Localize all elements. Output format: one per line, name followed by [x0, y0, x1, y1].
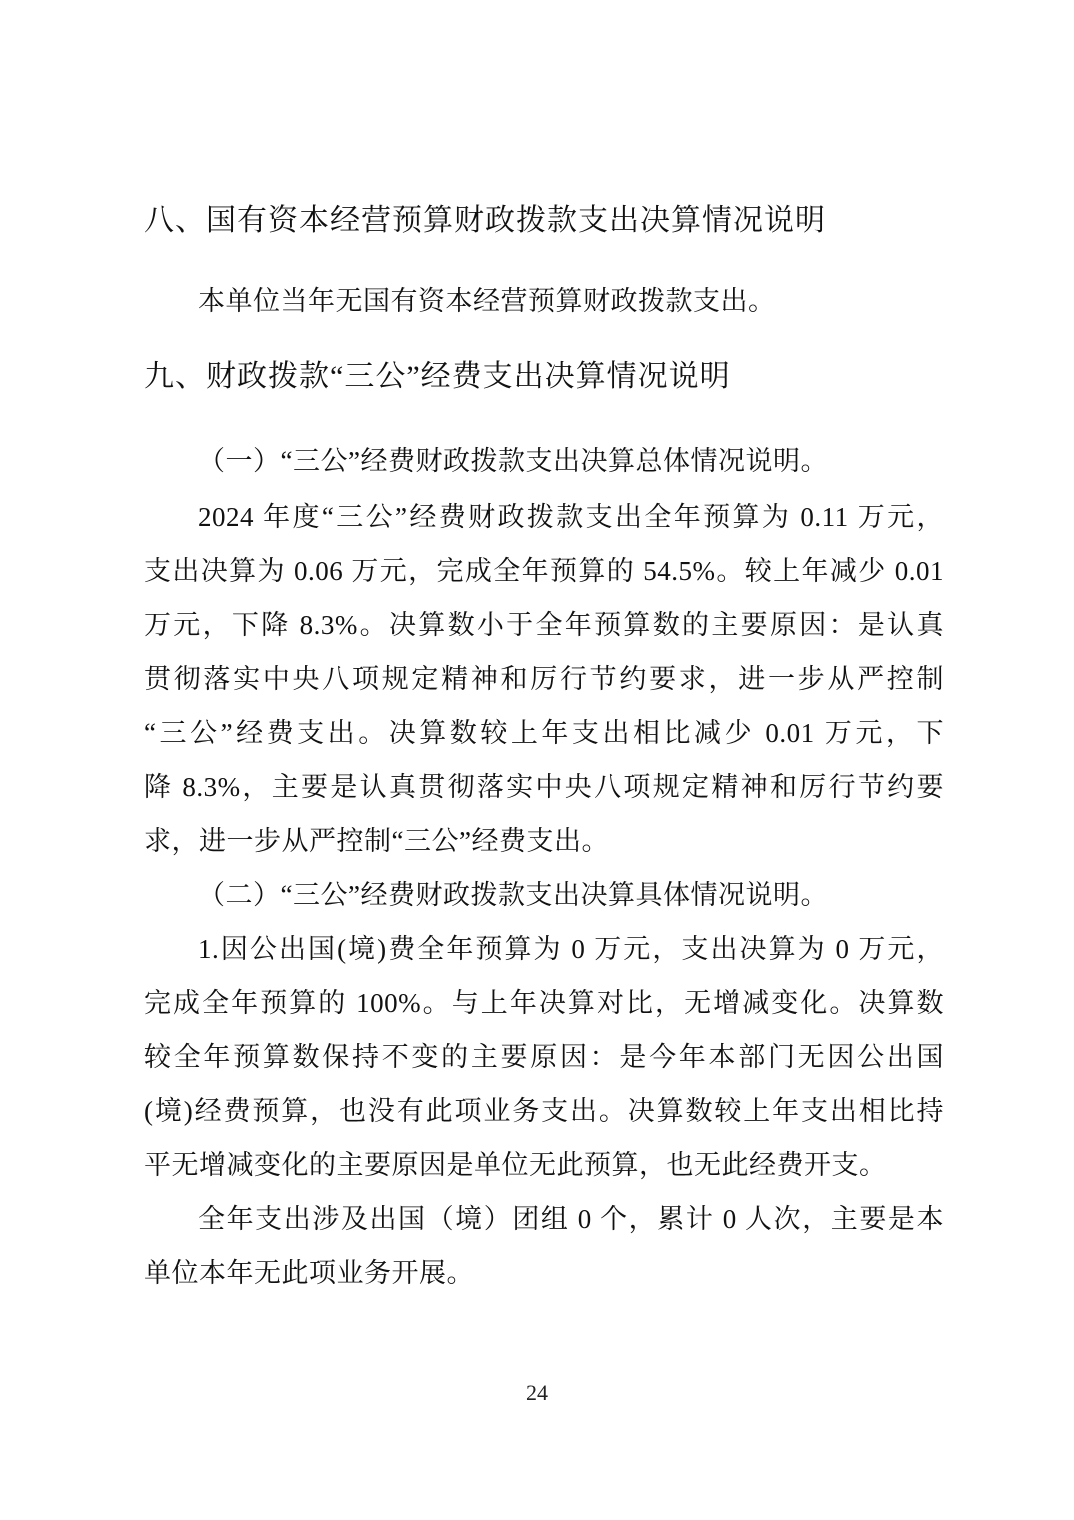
- document-heading: 九、财政拨款“三公”经费支出决算情况说明: [144, 350, 944, 404]
- document-line: 求，进一步从严控制“三公”经费支出。: [144, 814, 944, 868]
- document-line: 1.因公出国(境)费全年预算为 0 万元，支出决算为 0 万元，: [144, 922, 944, 976]
- document-line: (境)经费预算，也没有此项业务支出。决算数较上年支出相比持: [144, 1084, 944, 1138]
- document-paragraph: 1.因公出国(境)费全年预算为 0 万元，支出决算为 0 万元，完成全年预算的 …: [144, 922, 944, 1192]
- page-number: 24: [0, 1378, 1074, 1408]
- document-line: 2024 年度“三公”经费财政拨款支出全年预算为 0.11 万元，: [144, 490, 944, 544]
- document-line: 贯彻落实中央八项规定精神和厉行节约要求，进一步从严控制: [144, 652, 944, 706]
- document-paragraph: 2024 年度“三公”经费财政拨款支出全年预算为 0.11 万元，支出决算为 0…: [144, 490, 944, 868]
- document-heading: 八、国有资本经营预算财政拨款支出决算情况说明: [144, 194, 944, 248]
- document-page: 八、国有资本经营预算财政拨款支出决算情况说明本单位当年无国有资本经营预算财政拨款…: [0, 0, 1074, 1520]
- document-line: “三公”经费支出。决算数较上年支出相比减少 0.01 万元，下: [144, 706, 944, 760]
- document-line: 单位本年无此项业务开展。: [144, 1246, 944, 1300]
- document-line: 较全年预算数保持不变的主要原因：是今年本部门无因公出国: [144, 1030, 944, 1084]
- document-line: 全年支出涉及出国（境）团组 0 个，累计 0 人次，主要是本: [144, 1192, 944, 1246]
- document-line: 八、国有资本经营预算财政拨款支出决算情况说明: [144, 194, 944, 248]
- document-line: （二）“三公”经费财政拨款支出决算具体情况说明。: [144, 868, 944, 922]
- document-paragraph: （二）“三公”经费财政拨款支出决算具体情况说明。: [144, 868, 944, 922]
- document-line: 支出决算为 0.06 万元，完成全年预算的 54.5%。较上年减少 0.01: [144, 544, 944, 598]
- document-line: 平无增减变化的主要原因是单位无此预算，也无此经费开支。: [144, 1138, 944, 1192]
- document-content: 八、国有资本经营预算财政拨款支出决算情况说明本单位当年无国有资本经营预算财政拨款…: [144, 194, 944, 1300]
- document-line: 万元，下降 8.3%。决算数小于全年预算数的主要原因：是认真: [144, 598, 944, 652]
- document-paragraph: （一）“三公”经费财政拨款支出决算总体情况说明。: [144, 434, 944, 488]
- document-paragraph: 全年支出涉及出国（境）团组 0 个，累计 0 人次，主要是本单位本年无此项业务开…: [144, 1192, 944, 1300]
- document-line: 完成全年预算的 100%。与上年决算对比，无增减变化。决算数: [144, 976, 944, 1030]
- document-line: 本单位当年无国有资本经营预算财政拨款支出。: [144, 274, 944, 328]
- document-line: 九、财政拨款“三公”经费支出决算情况说明: [144, 350, 944, 404]
- document-paragraph: 本单位当年无国有资本经营预算财政拨款支出。: [144, 274, 944, 328]
- document-line: 降 8.3%，主要是认真贯彻落实中央八项规定精神和厉行节约要: [144, 760, 944, 814]
- document-line: （一）“三公”经费财政拨款支出决算总体情况说明。: [144, 434, 944, 488]
